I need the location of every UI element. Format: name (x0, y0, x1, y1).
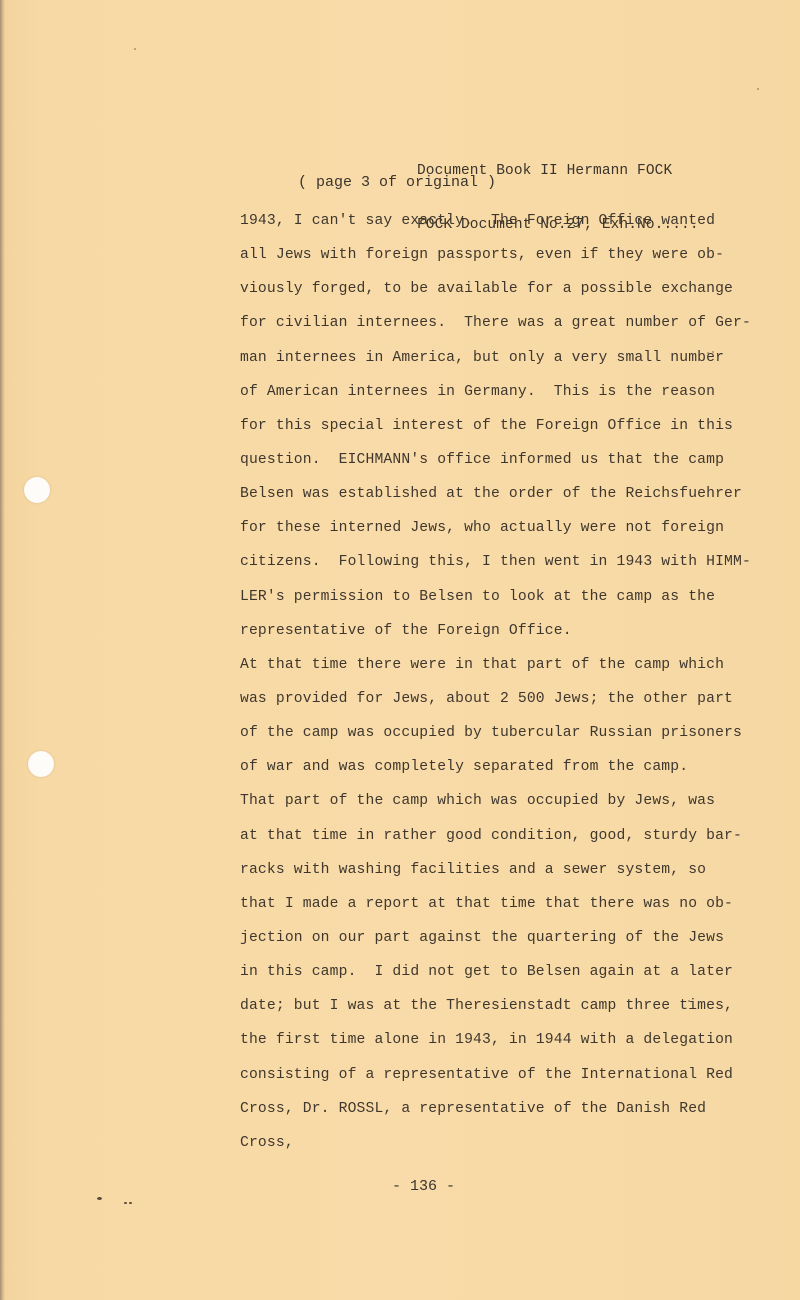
ink-speck (707, 352, 709, 354)
body-line: the first time alone in 1943, in 1944 wi… (240, 1023, 720, 1057)
ink-speck (129, 1202, 132, 1204)
page-reference: ( page 3 of original ) (298, 174, 496, 191)
ink-speck (688, 1000, 690, 1002)
body-line: that I made a report at that time that t… (240, 887, 720, 921)
body-line: question. EICHMANN's office informed us … (240, 443, 720, 477)
body-line: citizens. Following this, I then went in… (240, 545, 720, 579)
body-line: for this special interest of the Foreign… (240, 409, 720, 443)
punch-hole-top (24, 477, 50, 503)
punch-hole-bottom (28, 751, 54, 777)
body-line: for these interned Jews, who actually we… (240, 511, 720, 545)
body-line: consisting of a representative of the In… (240, 1058, 720, 1092)
body-line: LER's permission to Belsen to look at th… (240, 580, 720, 614)
body-line: Cross, (240, 1126, 720, 1160)
body-line: At that time there were in that part of … (240, 648, 720, 682)
ink-speck (134, 48, 136, 50)
body-line: for civilian internees. There was a grea… (240, 306, 720, 340)
body-line: was provided for Jews, about 2 500 Jews;… (240, 682, 720, 716)
body-line: viously forged, to be available for a po… (240, 272, 720, 306)
body-line: of the camp was occupied by tubercular R… (240, 716, 720, 750)
body-line: racks with washing facilities and a sewe… (240, 853, 720, 887)
body-line: man internees in America, but only a ver… (240, 341, 720, 375)
ink-speck (712, 351, 714, 353)
body-line: in this camp. I did not get to Belsen ag… (240, 955, 720, 989)
body-line: That part of the camp which was occupied… (240, 784, 720, 818)
ink-speck (757, 88, 759, 90)
body-text: 1943, I can't say exactly. The Foreign O… (240, 204, 720, 1160)
body-line: representative of the Foreign Office. (240, 614, 720, 648)
body-line: date; but I was at the Theresienstadt ca… (240, 989, 720, 1023)
body-line: Belsen was established at the order of t… (240, 477, 720, 511)
body-line: all Jews with foreign passports, even if… (240, 238, 720, 272)
ink-speck (97, 1197, 102, 1200)
document-page: Document Book II Hermann FOCK FOCK Docum… (0, 0, 800, 1300)
body-line: jection on our part against the quarteri… (240, 921, 720, 955)
body-line: 1943, I can't say exactly. The Foreign O… (240, 204, 720, 238)
body-line: at that time in rather good condition, g… (240, 819, 720, 853)
body-line: Cross, Dr. ROSSL, a representative of th… (240, 1092, 720, 1126)
body-line: of war and was completely separated from… (240, 750, 720, 784)
page-number: - 136 - (392, 1178, 455, 1195)
ink-speck (124, 1202, 127, 1204)
body-line: of American internees in Germany. This i… (240, 375, 720, 409)
